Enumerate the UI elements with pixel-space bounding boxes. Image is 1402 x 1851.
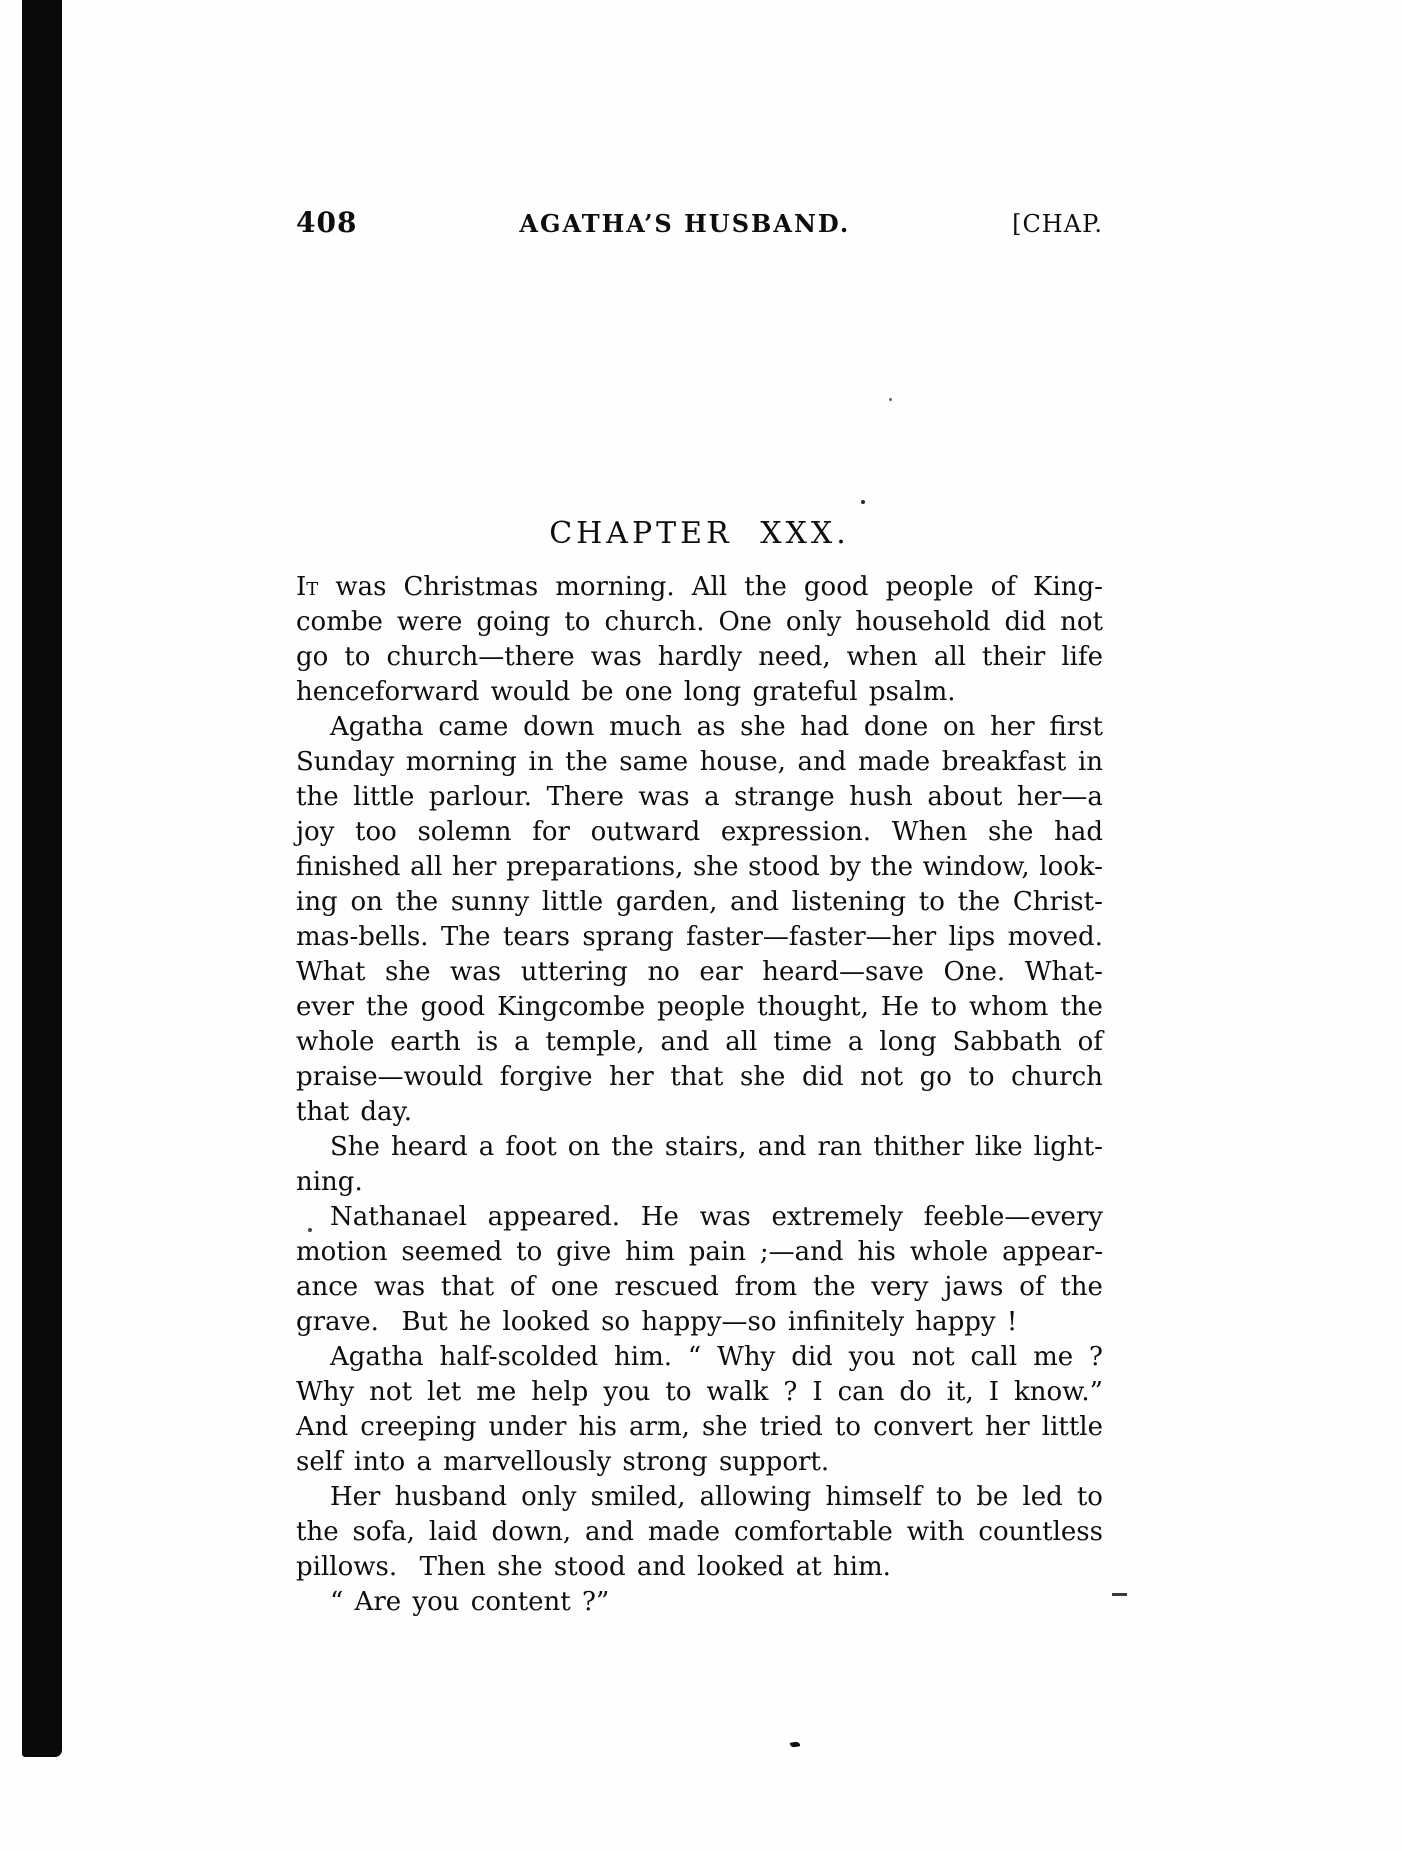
- word: to: [1077, 1480, 1103, 1515]
- word: same: [619, 745, 688, 780]
- word: and: [730, 885, 779, 920]
- word: sofa,: [353, 1515, 415, 1550]
- word: her: [452, 850, 497, 885]
- word: is: [477, 1025, 499, 1060]
- word: him.: [614, 1340, 672, 1375]
- word: she: [988, 815, 1033, 850]
- word: joy: [296, 815, 334, 850]
- word: moved.: [1008, 920, 1103, 955]
- word: foot: [505, 1130, 556, 1165]
- word: to: [919, 885, 945, 920]
- text-line: ning.: [296, 1165, 1103, 1200]
- text-line: henceforward would be one long grateful …: [296, 675, 1103, 710]
- word: one: [551, 1270, 599, 1305]
- word: led: [1022, 1480, 1062, 1515]
- word: and: [797, 745, 846, 780]
- word: going: [476, 605, 550, 640]
- word: was: [638, 780, 689, 815]
- word: All: [692, 570, 727, 605]
- word: too: [355, 815, 397, 850]
- scan-gutter-bar: [22, 0, 62, 1757]
- word: as: [697, 710, 726, 745]
- word: to: [344, 640, 370, 675]
- word: temple,: [546, 1025, 645, 1060]
- word: heard: [391, 1130, 468, 1165]
- word: Christ-: [1013, 885, 1103, 920]
- word: creeping: [360, 1410, 476, 1445]
- word: Why: [296, 1375, 354, 1410]
- word: his: [858, 1235, 896, 1270]
- word: me: [476, 1375, 516, 1410]
- text-line: combeweregoingtochurch.Oneonlyhouseholdd…: [296, 605, 1103, 640]
- word: the: [366, 990, 409, 1025]
- word: all: [934, 640, 966, 675]
- word: church.: [604, 605, 704, 640]
- word: was: [450, 955, 501, 990]
- word: to: [936, 1480, 962, 1515]
- word: she: [693, 850, 738, 885]
- word: did: [791, 1340, 833, 1375]
- book-page: 408 AGATHA’S HUSBAND. [CHAP. CHAPTER XXX…: [0, 0, 1402, 1851]
- word: allowing: [700, 1480, 812, 1515]
- paragraph: Nathanaelappeared.Hewasextremelyfeeble—e…: [296, 1200, 1103, 1340]
- word: call: [970, 1340, 1017, 1375]
- word: tried: [760, 1410, 823, 1445]
- word: half-scolded: [440, 1340, 599, 1375]
- word: she: [740, 1060, 785, 1095]
- word: down: [523, 710, 594, 745]
- word: in: [528, 745, 553, 780]
- word: earth: [390, 1025, 461, 1060]
- text-line: pillows. Then she stood and looked at hi…: [296, 1550, 1103, 1585]
- word: heard—save: [762, 955, 924, 990]
- word: tears: [503, 920, 570, 955]
- text-line: Sundaymorninginthesamehouse,andmadebreak…: [296, 745, 1103, 780]
- word: first: [1049, 710, 1103, 745]
- text-line: Agathacamedownmuchasshehaddoneonherfirst: [296, 710, 1103, 745]
- word: arm,: [629, 1410, 690, 1445]
- running-title: AGATHA’S HUSBAND.: [519, 209, 850, 238]
- word: the: [611, 1130, 654, 1165]
- word: strange: [734, 780, 835, 815]
- word: outward: [591, 815, 701, 850]
- word: whole: [910, 1235, 988, 1270]
- word: hush: [849, 780, 913, 815]
- word: were: [397, 605, 462, 640]
- word: made: [858, 745, 930, 780]
- word: whom: [969, 990, 1048, 1025]
- word: listening: [792, 885, 906, 920]
- word: me: [1033, 1340, 1073, 1375]
- chapter-title: CHAPTER XXX.: [296, 516, 1103, 551]
- word: not: [369, 1375, 412, 1410]
- word: himself: [826, 1480, 922, 1515]
- word: under: [488, 1410, 566, 1445]
- word: convert: [873, 1410, 973, 1445]
- word: ?: [1089, 1340, 1103, 1375]
- word: by: [829, 850, 860, 885]
- word: the: [396, 885, 439, 920]
- word: I: [989, 1375, 999, 1410]
- word: life: [1061, 640, 1103, 675]
- word: to: [968, 1060, 994, 1095]
- page-number: 408: [296, 206, 357, 239]
- scan-speck: [1112, 1593, 1127, 1596]
- word: know.”: [1014, 1375, 1103, 1410]
- word: the: [813, 1270, 856, 1305]
- word: Sunday: [296, 745, 394, 780]
- word: the: [1060, 990, 1103, 1025]
- word: forgive: [500, 1060, 593, 1095]
- word: lips: [949, 920, 996, 955]
- word: finished: [296, 850, 401, 885]
- word: from: [735, 1270, 797, 1305]
- word: like: [975, 1130, 1023, 1165]
- word: ear: [699, 955, 742, 990]
- word: all: [725, 1025, 757, 1060]
- paragraph: ItwasChristmasmorning.Allthegoodpeopleof…: [296, 570, 1103, 710]
- word: that: [441, 1270, 494, 1305]
- word: faster—faster—her: [686, 920, 936, 955]
- word: very: [871, 1270, 928, 1305]
- word: Christmas: [404, 570, 539, 605]
- word: on: [350, 885, 382, 920]
- word: a: [848, 1025, 864, 1060]
- word: praise—would: [296, 1060, 483, 1095]
- scan-speck: [790, 1741, 801, 1747]
- text-line: Agathahalf-scoldedhim.“Whydidyounotcallm…: [296, 1340, 1103, 1375]
- word: all: [410, 850, 442, 885]
- word: He: [881, 990, 919, 1025]
- text-line: mas-bells.Thetearssprangfaster—faster—he…: [296, 920, 1103, 955]
- word: And: [296, 1410, 348, 1445]
- word: ing: [296, 885, 338, 920]
- text-line: “ Are you content ?”: [296, 1585, 1103, 1620]
- word: his: [579, 1410, 617, 1445]
- scan-speck: [308, 1228, 312, 1232]
- word: of: [1078, 1025, 1103, 1060]
- word: It: [296, 570, 318, 605]
- word: only: [786, 605, 841, 640]
- word: appeared.: [488, 1200, 620, 1235]
- word: He: [641, 1200, 679, 1235]
- word: One: [718, 605, 771, 640]
- text-line: Andcreepingunderhisarm,shetriedtoconvert…: [296, 1410, 1103, 1445]
- word: ance: [296, 1270, 358, 1305]
- word: whole: [296, 1025, 374, 1060]
- word: stood: [748, 850, 820, 885]
- word: combe: [296, 605, 383, 640]
- word: Her: [330, 1480, 381, 1515]
- word: let: [427, 1375, 461, 1410]
- word: What: [296, 955, 365, 990]
- word: did: [1005, 605, 1047, 640]
- word: and: [660, 1025, 709, 1060]
- paragraph: “ Are you content ?”: [296, 1585, 1103, 1620]
- word: There: [547, 780, 624, 815]
- text-line: thesofa,laiddown,andmadecomfortablewithc…: [296, 1515, 1103, 1550]
- word: a: [704, 780, 720, 815]
- word: good: [804, 570, 869, 605]
- word: him: [625, 1235, 675, 1270]
- word: Why: [717, 1340, 775, 1375]
- paragraph: Herhusbandonlysmiled,allowinghimselftobe…: [296, 1480, 1103, 1585]
- word: time: [773, 1025, 832, 1060]
- word: to: [931, 990, 957, 1025]
- word: made: [648, 1515, 720, 1550]
- word: down,: [492, 1515, 572, 1550]
- word: be: [976, 1480, 1008, 1515]
- word: extremely: [772, 1200, 903, 1235]
- word: appear-: [1002, 1235, 1103, 1270]
- word: mas-bells.: [296, 920, 429, 955]
- word: morning: [406, 745, 517, 780]
- word: to: [835, 1410, 861, 1445]
- word: stairs,: [665, 1130, 747, 1165]
- text-line: thelittleparlour.Therewasastrangehushabo…: [296, 780, 1103, 815]
- word: on: [943, 710, 975, 745]
- word: preparations,: [506, 850, 683, 885]
- word: her: [985, 1410, 1030, 1445]
- word: Agatha: [330, 1340, 424, 1375]
- word: was: [591, 640, 642, 675]
- chapter-ref: [CHAP.: [1012, 210, 1103, 238]
- word: husband: [395, 1480, 507, 1515]
- word: of: [991, 570, 1016, 605]
- word: people: [886, 570, 974, 605]
- word: feeble—every: [924, 1200, 1103, 1235]
- word: She: [330, 1130, 380, 1165]
- text-line: ItwasChristmasmorning.Allthegoodpeopleof…: [296, 570, 1103, 605]
- word: comfortable: [734, 1515, 893, 1550]
- word: a: [479, 1130, 495, 1165]
- word: sprang: [582, 920, 673, 955]
- word: people: [657, 990, 745, 1025]
- word: give: [556, 1235, 611, 1270]
- word: What-: [1025, 955, 1103, 990]
- word: sunny: [451, 885, 529, 920]
- word: the: [296, 780, 339, 815]
- text-line: joytoosolemnforoutwardexpression.Whenshe…: [296, 815, 1103, 850]
- word: came: [438, 710, 508, 745]
- text-line: motionseemedtogivehimpain;—andhiswholeap…: [296, 1235, 1103, 1270]
- word: the: [296, 1515, 339, 1550]
- word: pain: [689, 1235, 746, 1270]
- word: thither: [873, 1130, 964, 1165]
- text-line: everthegoodKingcombepeoplethought,Hetowh…: [296, 990, 1103, 1025]
- word: King-: [1033, 570, 1103, 605]
- text-line: self into a marvellously strong support.: [296, 1445, 1103, 1480]
- word: when: [847, 640, 918, 675]
- word: ran: [818, 1130, 863, 1165]
- word: she: [740, 710, 785, 745]
- word: motion: [296, 1235, 387, 1270]
- word: it,: [947, 1375, 974, 1410]
- word: One.: [943, 955, 1005, 990]
- word: solemn: [417, 815, 511, 850]
- paragraph: Agathahalf-scoldedhim.“Whydidyounotcallm…: [296, 1340, 1103, 1480]
- word: was: [700, 1200, 751, 1235]
- word: ever: [296, 990, 354, 1025]
- word: the: [565, 745, 608, 780]
- word: done: [864, 710, 928, 745]
- text-line: ancewasthatofonerescuedfromtheveryjawsof…: [296, 1270, 1103, 1305]
- text-line: Whatshewasutteringnoearheard—saveOne.Wha…: [296, 955, 1103, 990]
- word: little: [1042, 1410, 1103, 1445]
- word: “: [688, 1340, 701, 1375]
- word: When: [892, 815, 968, 850]
- text-line: ingonthesunnylittlegarden,andlisteningto…: [296, 885, 1103, 920]
- word: she: [702, 1410, 747, 1445]
- word: on: [568, 1130, 600, 1165]
- text-line: grave. But he looked so happy—so infinit…: [296, 1305, 1103, 1340]
- word: and: [585, 1515, 634, 1550]
- word: Nathanael: [330, 1200, 467, 1235]
- word: church—there: [386, 640, 574, 675]
- text-line: finishedallherpreparations,shestoodbythe…: [296, 850, 1103, 885]
- text-line: Whynotletmehelpyoutowalk?Icandoit,Iknow.…: [296, 1375, 1103, 1410]
- word: her: [990, 710, 1035, 745]
- word: and: [758, 1130, 807, 1165]
- text-line: praise—wouldforgiveherthatshedidnotgotoc…: [296, 1060, 1103, 1095]
- word: I: [812, 1375, 822, 1410]
- word: the: [1060, 1270, 1103, 1305]
- word: do: [899, 1375, 931, 1410]
- word: The: [441, 920, 490, 955]
- word: breakfast: [942, 745, 1067, 780]
- word: to: [564, 605, 590, 640]
- word: with: [907, 1515, 965, 1550]
- word: much: [609, 710, 682, 745]
- word: in: [1078, 745, 1103, 780]
- word: countless: [978, 1515, 1103, 1550]
- word: go: [920, 1060, 952, 1095]
- word: little: [542, 885, 603, 920]
- word: help: [531, 1375, 588, 1410]
- word: for: [532, 815, 570, 850]
- word: you: [603, 1375, 650, 1410]
- text-line: wholeearthisatemple,andalltimealongSabba…: [296, 1025, 1103, 1060]
- text-line: that day.: [296, 1095, 1103, 1130]
- word: morning.: [555, 570, 674, 605]
- word: to: [665, 1375, 691, 1410]
- word: about: [927, 780, 1002, 815]
- scan-speck: [861, 500, 865, 504]
- word: she: [385, 955, 430, 990]
- word: long: [879, 1025, 936, 1060]
- text-line: gotochurch—therewashardlyneed,whenallthe…: [296, 640, 1103, 675]
- word: had: [800, 710, 849, 745]
- word: jaws: [944, 1270, 1003, 1305]
- word: a: [514, 1025, 530, 1060]
- word: can: [838, 1375, 885, 1410]
- text-line: Nathanaelappeared.Hewasextremelyfeeble—e…: [296, 1200, 1103, 1235]
- word: household: [855, 605, 990, 640]
- word: go: [296, 640, 328, 675]
- word: no: [647, 955, 679, 990]
- text-line: Herhusbandonlysmiled,allowinghimselftobe…: [296, 1480, 1103, 1515]
- word: need,: [758, 640, 830, 675]
- word: of: [1019, 1270, 1044, 1305]
- word: uttering: [521, 955, 628, 990]
- word: you: [849, 1340, 896, 1375]
- word: garden,: [616, 885, 718, 920]
- word: the: [870, 850, 913, 885]
- word: was: [335, 570, 386, 605]
- word: to: [516, 1235, 542, 1270]
- paragraph: Sheheardafootonthestairs,andranthitherli…: [296, 1130, 1103, 1200]
- scan-speck: [889, 398, 892, 401]
- word: house,: [700, 745, 786, 780]
- word: not: [1060, 605, 1103, 640]
- word: laid: [429, 1515, 478, 1550]
- word: seemed: [401, 1235, 502, 1270]
- word: did: [802, 1060, 844, 1095]
- word: of: [510, 1270, 535, 1305]
- word: good: [420, 990, 485, 1025]
- word: was: [374, 1270, 425, 1305]
- word: expression.: [721, 815, 871, 850]
- word: the: [744, 570, 787, 605]
- word: parlour.: [429, 780, 532, 815]
- word: walk: [707, 1375, 769, 1410]
- paragraph: Agathacamedownmuchasshehaddoneonherfirst…: [296, 710, 1103, 1130]
- word: her: [609, 1060, 654, 1095]
- text-line: Sheheardafootonthestairs,andranthitherli…: [296, 1130, 1103, 1165]
- word: only: [521, 1480, 576, 1515]
- word: not: [860, 1060, 903, 1095]
- word: look-: [1039, 850, 1103, 885]
- word: smiled,: [591, 1480, 686, 1515]
- word: their: [982, 640, 1045, 675]
- word: window,: [923, 850, 1030, 885]
- word: Sabbath: [952, 1025, 1061, 1060]
- word: hardly: [658, 640, 742, 675]
- word: thought,: [757, 990, 869, 1025]
- word: light-: [1034, 1130, 1103, 1165]
- word: not: [912, 1340, 955, 1375]
- word: Kingcombe: [497, 990, 645, 1025]
- word: the: [958, 885, 1001, 920]
- running-header: 408 AGATHA’S HUSBAND. [CHAP.: [296, 206, 1103, 239]
- body-text: ItwasChristmasmorning.Allthegoodpeopleof…: [296, 570, 1103, 1620]
- word: that: [670, 1060, 723, 1095]
- word: rescued: [614, 1270, 719, 1305]
- word: her—a: [1017, 780, 1103, 815]
- word: little: [353, 780, 414, 815]
- word: church: [1011, 1060, 1103, 1095]
- word: Agatha: [330, 710, 424, 745]
- word: ?: [783, 1375, 797, 1410]
- word: ;—and: [760, 1235, 844, 1270]
- word: had: [1054, 815, 1103, 850]
